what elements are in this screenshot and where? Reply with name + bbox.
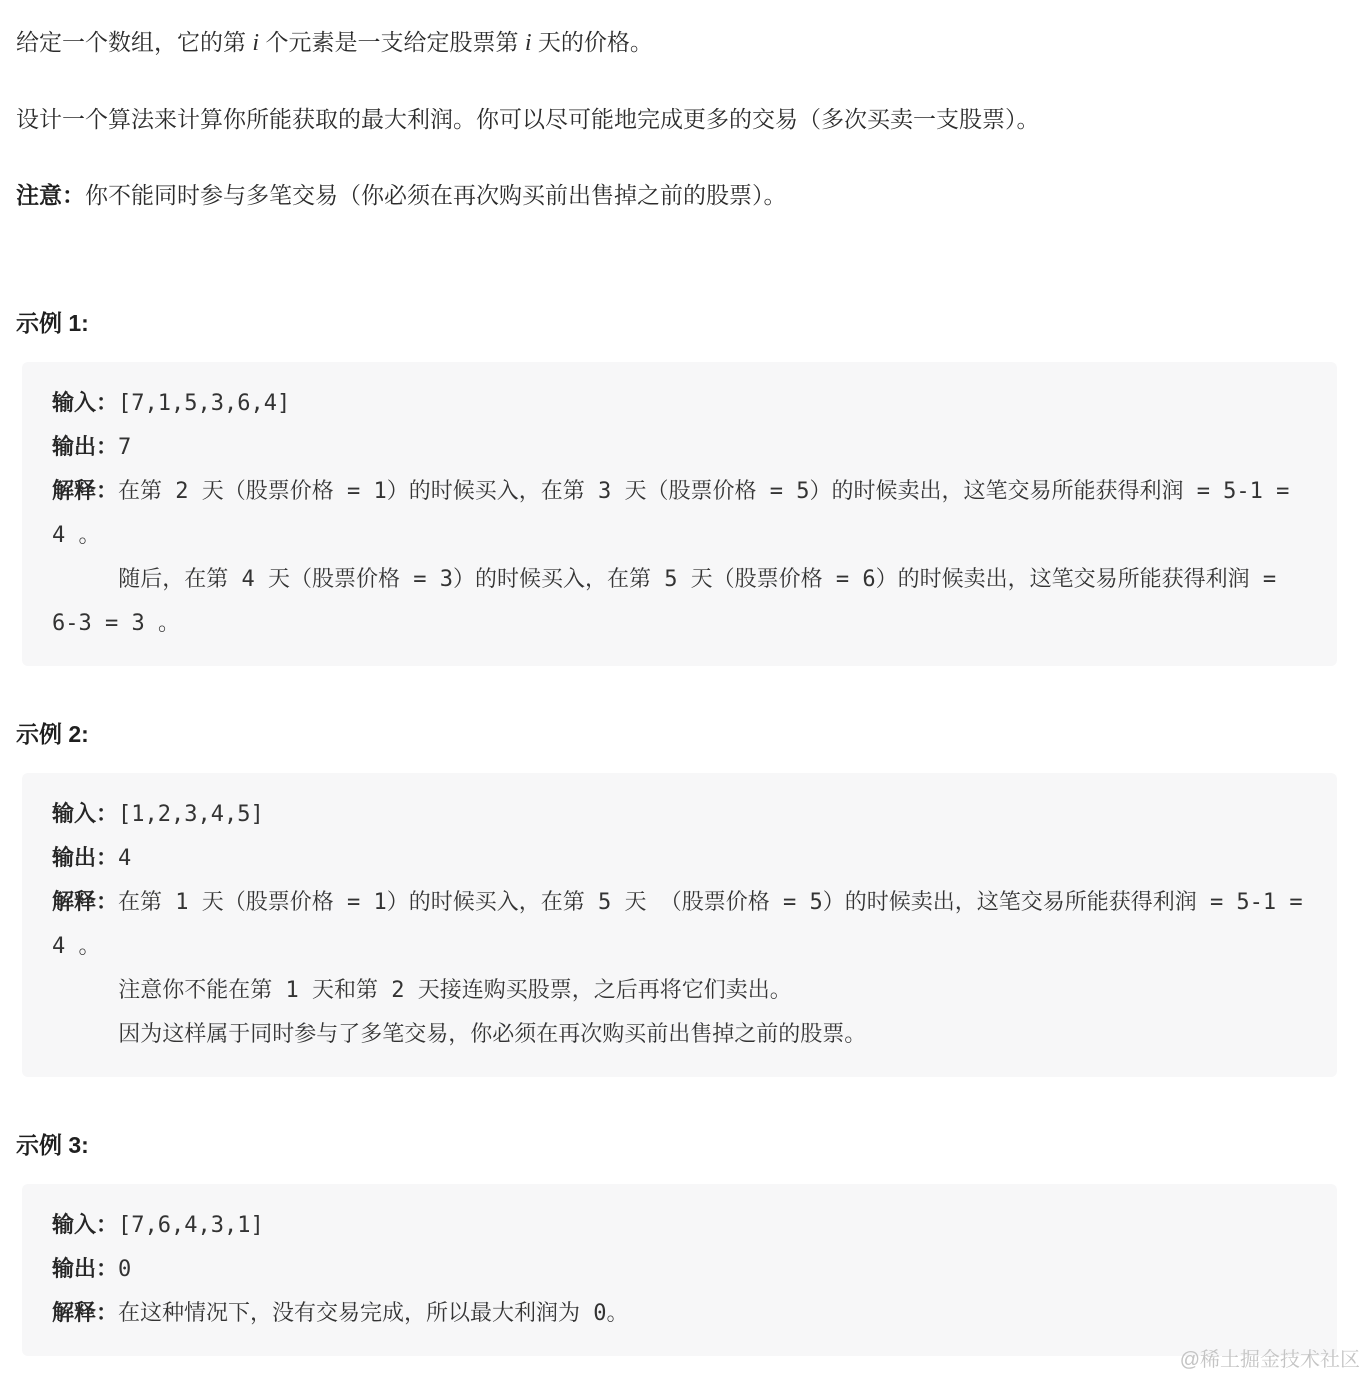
example-3-output-line: 输出：0 bbox=[52, 1248, 1307, 1292]
output-label: 输出： bbox=[52, 1257, 118, 1282]
output-value: 0 bbox=[118, 1257, 131, 1282]
example-2-explanation-line: 解释：在第 1 天（股票价格 = 1）的时候买入，在第 5 天 （股票价格 = … bbox=[52, 881, 1307, 1057]
variable-i: i bbox=[525, 30, 532, 56]
explanation-label: 解释： bbox=[52, 1301, 118, 1326]
note-text: 你不能同时参与多笔交易（你必须在再次购买前出售掉之前的股票）。 bbox=[85, 182, 787, 208]
example-2-output-line: 输出：4 bbox=[52, 837, 1307, 881]
output-label: 输出： bbox=[52, 846, 118, 871]
p1-segment-b: 个元素是一支给定股票第 bbox=[259, 29, 525, 55]
example-3-heading: 示例 3: bbox=[16, 1127, 1354, 1160]
input-value: [7,1,5,3,6,4] bbox=[118, 391, 290, 416]
description-note: 注意：你不能同时参与多笔交易（你必须在再次购买前出售掉之前的股票）。 bbox=[16, 177, 1354, 213]
output-value: 4 bbox=[118, 846, 131, 871]
explanation-label: 解释： bbox=[52, 890, 118, 915]
example-2-input-line: 输入：[1,2,3,4,5] bbox=[52, 793, 1307, 837]
example-2-box: 输入：[1,2,3,4,5] 输出：4 解释：在第 1 天（股票价格 = 1）的… bbox=[22, 773, 1337, 1077]
example-3-box: 输入：[7,6,4,3,1] 输出：0 解释：在这种情况下，没有交易完成，所以最… bbox=[22, 1184, 1337, 1356]
example-2-heading: 示例 2: bbox=[16, 716, 1354, 749]
p1-segment-a: 给定一个数组，它的第 bbox=[16, 29, 252, 55]
note-label: 注意： bbox=[16, 182, 85, 208]
explanation-label: 解释： bbox=[52, 479, 118, 504]
example-1-box: 输入：[7,1,5,3,6,4] 输出：7 解释：在第 2 天（股票价格 = 1… bbox=[22, 362, 1337, 666]
output-value: 7 bbox=[118, 435, 131, 460]
example-1-heading: 示例 1: bbox=[16, 305, 1354, 338]
example-1-output-line: 输出：7 bbox=[52, 426, 1307, 470]
description-paragraph-1: 给定一个数组，它的第 i 个元素是一支给定股票第 i 天的价格。 bbox=[16, 24, 1354, 61]
problem-description: 给定一个数组，它的第 i 个元素是一支给定股票第 i 天的价格。 设计一个算法来… bbox=[16, 24, 1354, 213]
example-1-input-line: 输入：[7,1,5,3,6,4] bbox=[52, 382, 1307, 426]
explanation-text: 在这种情况下，没有交易完成，所以最大利润为 0。 bbox=[118, 1301, 629, 1326]
example-3-explanation-line: 解释：在这种情况下，没有交易完成，所以最大利润为 0。 bbox=[52, 1292, 1307, 1336]
example-1-explanation-line: 解释：在第 2 天（股票价格 = 1）的时候买入，在第 3 天（股票价格 = 5… bbox=[52, 470, 1307, 646]
p1-segment-c: 天的价格。 bbox=[532, 29, 653, 55]
output-label: 输出： bbox=[52, 435, 118, 460]
input-label: 输入： bbox=[52, 802, 118, 827]
explanation-text: 在第 2 天（股票价格 = 1）的时候买入，在第 3 天（股票价格 = 5）的时… bbox=[52, 479, 1303, 636]
input-value: [7,6,4,3,1] bbox=[118, 1213, 264, 1238]
input-value: [1,2,3,4,5] bbox=[118, 802, 264, 827]
explanation-text: 在第 1 天（股票价格 = 1）的时候买入，在第 5 天 （股票价格 = 5）的… bbox=[52, 890, 1316, 1047]
example-3-input-line: 输入：[7,6,4,3,1] bbox=[52, 1204, 1307, 1248]
input-label: 输入： bbox=[52, 391, 118, 416]
watermark: @稀土掘金技术社区 bbox=[1180, 1343, 1360, 1372]
input-label: 输入： bbox=[52, 1213, 118, 1238]
description-paragraph-2: 设计一个算法来计算你所能获取的最大利润。你可以尽可能地完成更多的交易（多次买卖一… bbox=[16, 101, 1354, 137]
